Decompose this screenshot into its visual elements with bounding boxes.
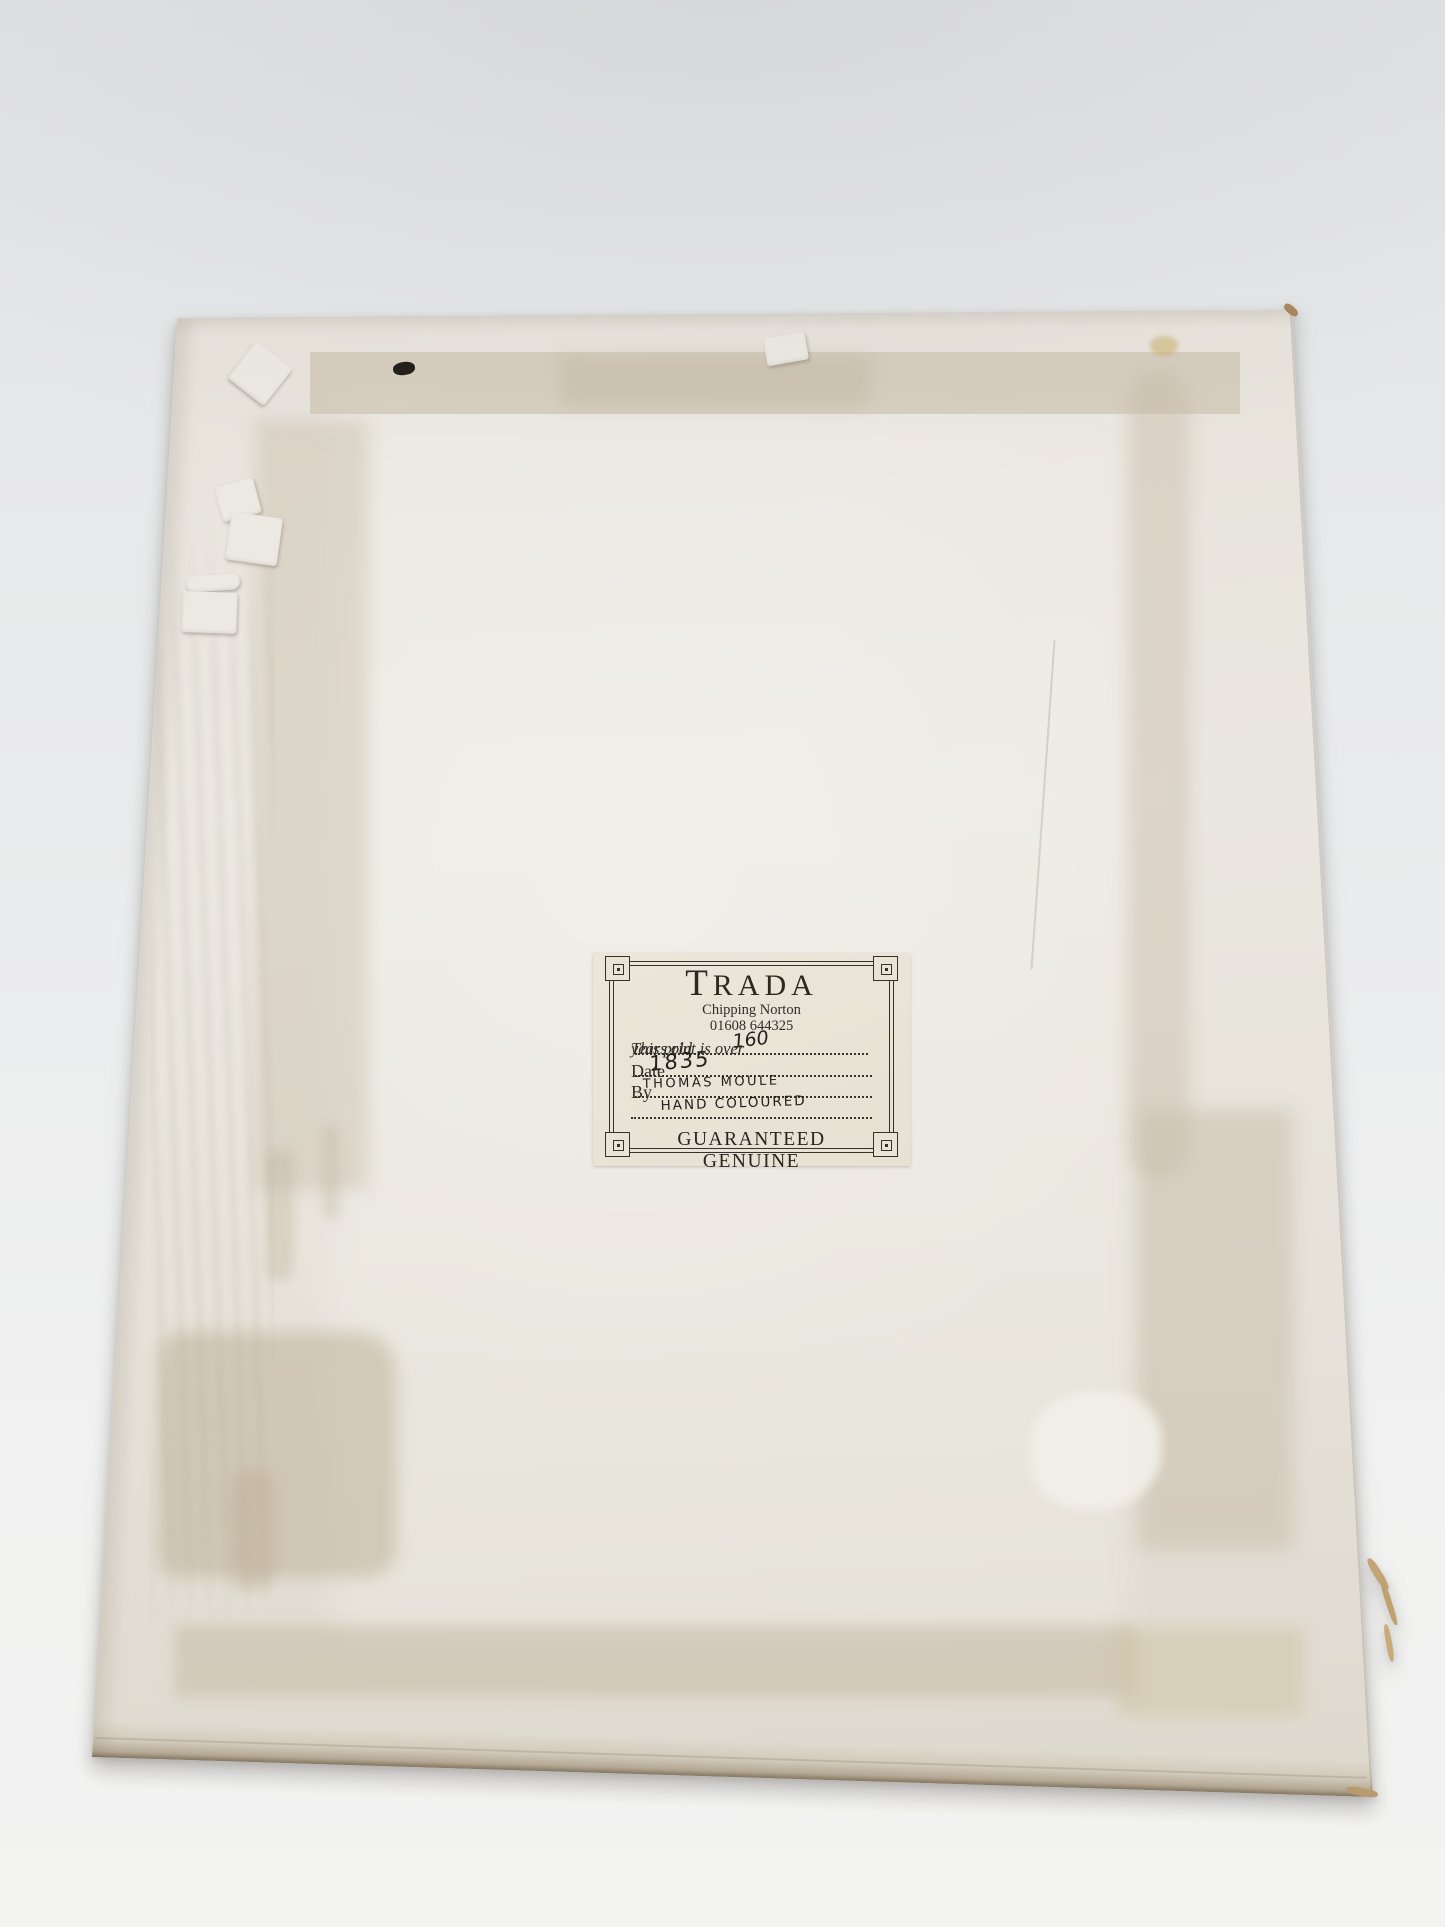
frayed-tape-fiber [1383,1624,1396,1662]
frayed-edge-fibers [0,0,1445,1927]
photo-of-print-backing-board: TRADA Chipping Norton 01608 644325 This … [0,0,1445,1927]
frayed-tape-fiber [1346,1785,1379,1798]
frayed-tape-fiber [1365,1557,1391,1592]
frayed-corner-tip [1282,302,1299,318]
backing-board-wrapper: TRADA Chipping Norton 01608 644325 This … [0,0,1445,1927]
